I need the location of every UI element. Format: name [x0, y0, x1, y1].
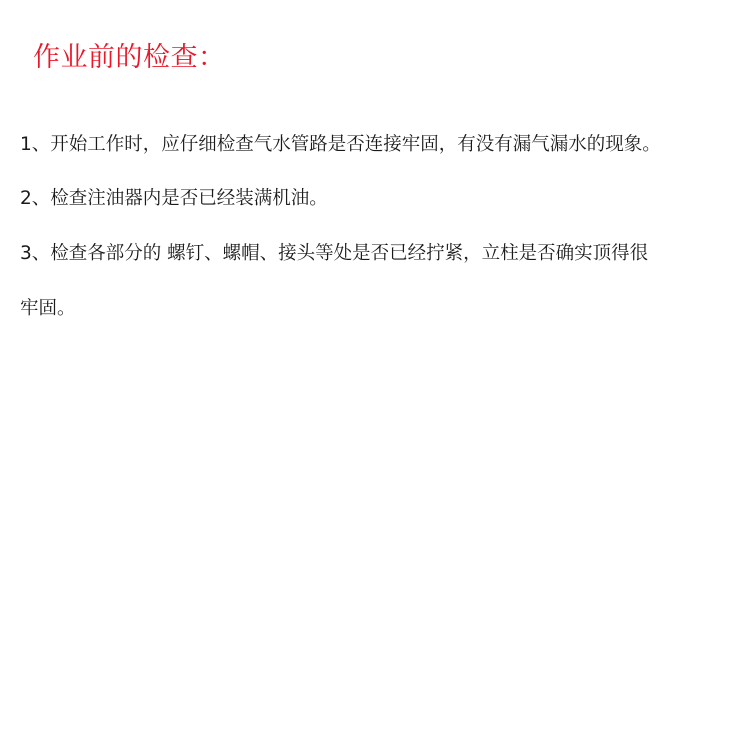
checklist-item-1: 1、开始工作时，应仔细检查气水管路是否连接牢固，有没有漏气漏水的现象。	[20, 131, 661, 159]
checklist-item-2: 2、检查注油器内是否已经装满机油。	[20, 185, 328, 213]
checklist-item-3: 3、检查各部分的 螺钉、螺帽、接头等处是否已经拧紧，立柱是否确实顶得很	[20, 240, 648, 268]
section-title: 作业前的检查：	[33, 38, 226, 78]
checklist-item-3-continuation: 牢固。	[20, 295, 76, 323]
